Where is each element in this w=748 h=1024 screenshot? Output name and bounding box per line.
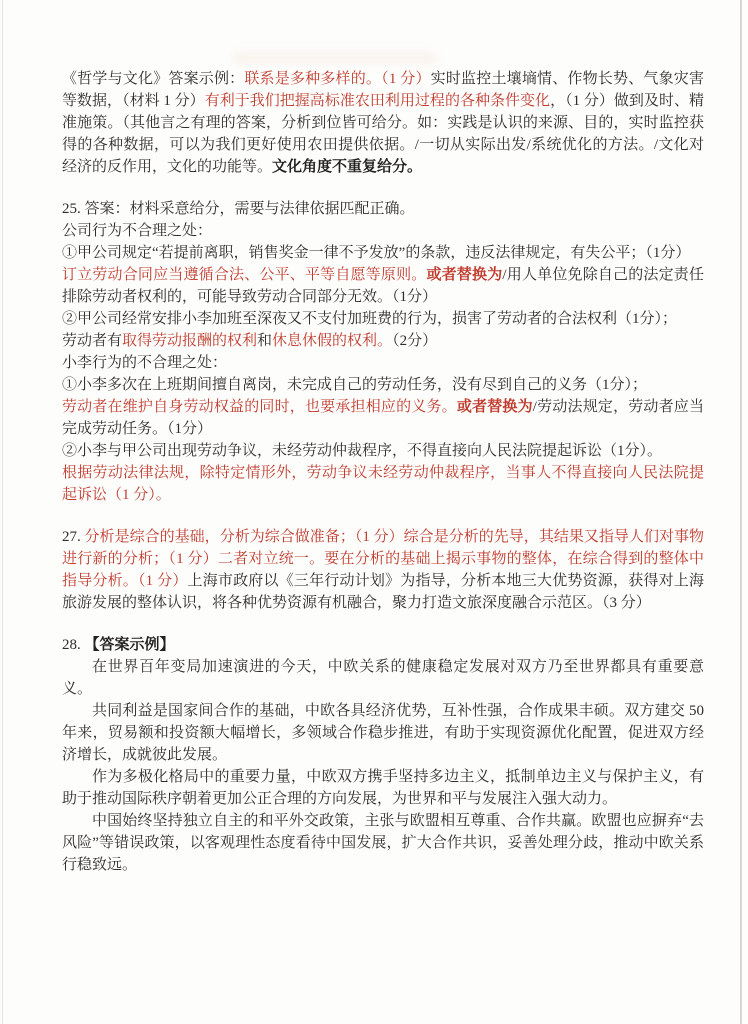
text-segment-n: （2分） — [392, 333, 437, 349]
text-segment-r: 根据劳动法律法规，除特定情形外，劳动争议未经劳动仲裁程序，当事人不得直接向人民法… — [62, 465, 704, 503]
q25-company-point-1-legal-basis: 订立劳动合同应当遵循合法、公平、平等自愿等原则。或者替换为/用人单位免除自己的法… — [62, 264, 704, 308]
text-segment-rb: 或者替换为 — [426, 267, 502, 283]
text-segment-n: 劳动者有 — [62, 333, 122, 349]
text-segment-n: ①甲公司规定“若提前离职，销售奖金一律不予发放”的条款，违反法律规定，有失公平；… — [62, 245, 690, 261]
text-segment-r: 订立劳动合同应当遵循合法、公平、平等自愿等原则。 — [62, 267, 426, 283]
q28-para-multipolar: 作为多极化格局中的重要力量，中欧双方携手坚持多边主义，抵制单边主义与保护主义，有… — [62, 766, 704, 810]
q28-para-common-interests: 共同利益是国家间合作的基础，中欧各具经济优势，互补性强，合作成果丰硕。双方建交 … — [62, 700, 704, 766]
scan-bleedthrough-artifact — [232, 52, 437, 64]
text-segment-n: 25. 答案：材料采意给分，需要与法律依据匹配正确。 — [62, 201, 415, 217]
scanned-answer-document-page: { "page": { "background": "#fdfdfc", "te… — [0, 0, 748, 1024]
text-segment-n: 27. — [62, 529, 85, 545]
text-segment-r: 联系是多种多样的。（1 分） — [244, 71, 430, 87]
text-segment-r: 有利于我们把握高标准农田利用过程的各种条件变化 — [205, 93, 550, 109]
text-segment-n: ②小李与甲公司出现劳动争议，未经劳动仲裁程序，不得直接向人民法院提起诉讼（1分）… — [62, 443, 662, 459]
q27-answer: 27. 分析是综合的基础，分析为综合做准备；（1 分）综合是分析的先导，其结果又… — [62, 526, 704, 614]
q28-para-significance: 在世界百年变局加速演进的今天，中欧关系的健康稳定发展对双方乃至世界都具有重要意义… — [62, 656, 704, 700]
q25-xiaoli-misconduct-title: 小李行为的不合理之处： — [62, 352, 704, 374]
document-text: 《哲学与文化》答案示例：联系是多种多样的。（1 分）实时监控土壤墒情、作物长势、… — [62, 68, 704, 876]
text-segment-n: 《哲学与文化》答案示例： — [62, 71, 244, 87]
text-segment-n: 和 — [257, 333, 272, 349]
q25-xiaoli-point-2: ②小李与甲公司出现劳动争议，未经劳动仲裁程序，不得直接向人民法院提起诉讼（1分）… — [62, 440, 704, 462]
text-segment-n: ①小李多次在上班期间擅自离岗，未完成自己的劳动任务，没有尽到自己的义务（1分）； — [62, 377, 647, 393]
q25-xiaoli-point-1-legal-basis: 劳动者在维护自身劳动权益的同时，也要承担相应的义务。或者替换为/劳动法规定，劳动… — [62, 396, 704, 440]
text-segment-n: 公司行为不合理之处： — [62, 223, 212, 239]
q25-xiaoli-point-2-legal-basis: 根据劳动法律法规，除特定情形外，劳动争议未经劳动仲裁程序，当事人不得直接向人民法… — [62, 462, 704, 506]
text-segment-n: 在世界百年变局加速演进的今天，中欧关系的健康稳定发展对双方乃至世界都具有重要意义… — [62, 659, 704, 697]
q25-heading: 25. 答案：材料采意给分，需要与法律依据匹配正确。 — [62, 198, 704, 220]
q25-xiaoli-point-1: ①小李多次在上班期间擅自离岗，未完成自己的劳动任务，没有尽到自己的义务（1分）； — [62, 374, 704, 396]
text-segment-n: 28. — [62, 637, 85, 653]
text-segment-n: 中国始终坚持独立自主的和平外交政策，主张与欧盟相互尊重、合作共赢。欧盟也应摒弃“… — [62, 813, 704, 873]
text-segment-r: 休息休假的权利。 — [272, 333, 392, 349]
text-segment-b: 文化角度不重复给分。 — [272, 159, 422, 175]
q25-company-point-1: ①甲公司规定“若提前离职，销售奖金一律不予发放”的条款，违反法律规定，有失公平；… — [62, 242, 704, 264]
q28-para-china-policy: 中国始终坚持独立自主的和平外交政策，主张与欧盟相互尊重、合作共赢。欧盟也应摒弃“… — [62, 810, 704, 876]
text-segment-b: 【答案示例】 — [85, 637, 175, 653]
q24-philosophy-answer: 《哲学与文化》答案示例：联系是多种多样的。（1 分）实时监控土壤墒情、作物长势、… — [62, 68, 704, 178]
text-segment-n: 小李行为的不合理之处： — [62, 355, 227, 371]
q25-company-point-2-legal-basis: 劳动者有取得劳动报酬的权利和休息休假的权利。（2分） — [62, 330, 704, 352]
text-segment-r: 劳动者在维护自身劳动权益的同时，也要承担相应的义务。 — [62, 399, 457, 415]
text-segment-rb: 或者替换为 — [457, 399, 533, 415]
text-segment-n: 作为多极化格局中的重要力量，中欧双方携手坚持多边主义，抵制单边主义与保护主义，有… — [62, 769, 704, 807]
text-segment-n: ②甲公司经常安排小李加班至深夜又不支付加班费的行为，损害了劳动者的合法权利（1分… — [62, 311, 677, 327]
text-segment-n: 共同利益是国家间合作的基础，中欧各具经济优势，互补性强，合作成果丰硕。双方建交 … — [62, 703, 704, 763]
text-segment-r: 取得劳动报酬的权利 — [122, 333, 257, 349]
page-scan-edge-right — [740, 0, 742, 1024]
q28-heading: 28. 【答案示例】 — [62, 634, 704, 656]
q25-company-misconduct-title: 公司行为不合理之处： — [62, 220, 704, 242]
q25-company-point-2: ②甲公司经常安排小李加班至深夜又不支付加班费的行为，损害了劳动者的合法权利（1分… — [62, 308, 704, 330]
page-scan-edge-left — [2, 0, 3, 1024]
